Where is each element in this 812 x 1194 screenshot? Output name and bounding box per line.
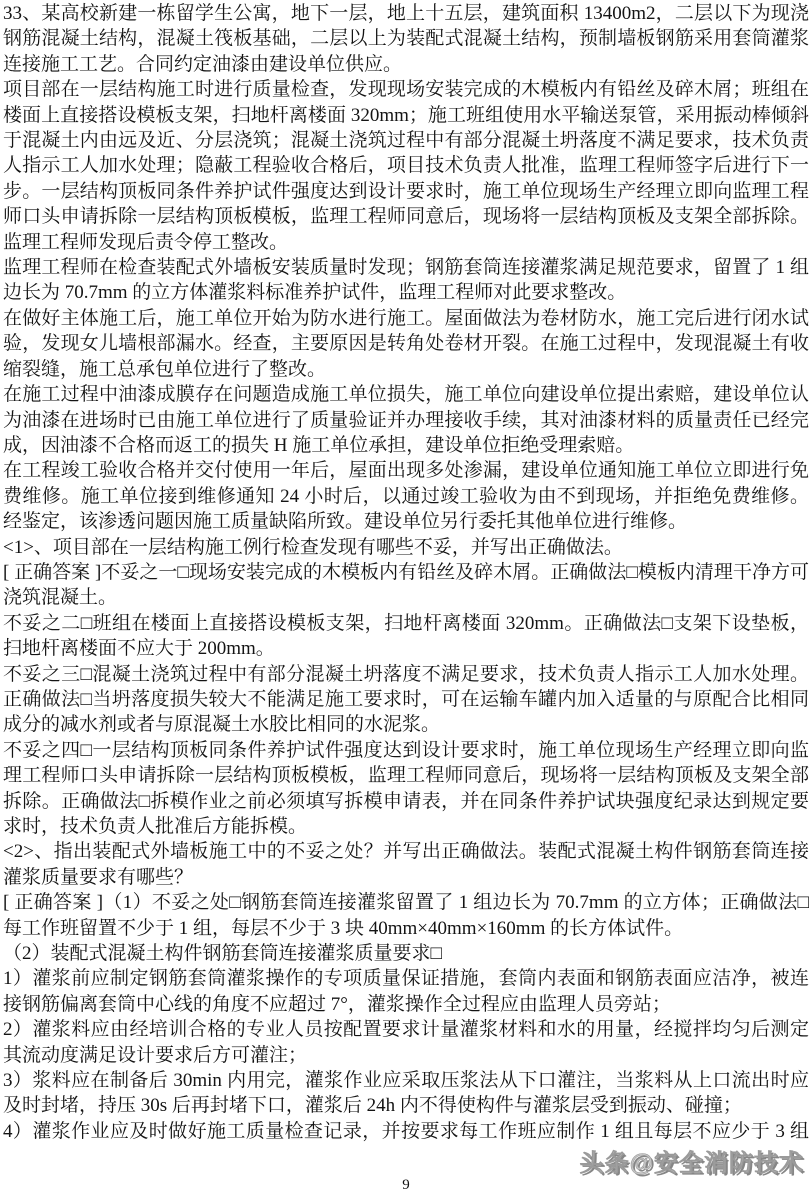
- paragraph: 在做好主体施工后，施工单位开始为防水进行施工。屋面做法为卷材防水，施工完后进行闭…: [3, 306, 809, 382]
- paragraph: 不妥之三□混凝土浇筑过程中有部分混凝土坍落度不满足要求，技术负责人指示工人加水处…: [3, 662, 809, 738]
- paragraph: 在工程竣工验收合格并交付使用一年后，屋面出现多处渗漏，建设单位通知施工单位立即进…: [3, 458, 809, 534]
- page-number: 9: [0, 1176, 812, 1194]
- paragraph: 3）浆料应在制备后 30min 内用完，灌浆作业应采取压浆法从下口灌注，当浆料从…: [3, 1068, 809, 1119]
- paragraph: <2>、指出装配式外墙板施工中的不妥之处？并写出正确做法。装配式混凝土构件钢筋套…: [3, 839, 809, 890]
- paragraph: 1）灌浆前应制定钢筋套筒灌浆操作的专项质量保证措施，套筒内表面和钢筋表面应洁净，…: [3, 966, 809, 1017]
- paragraph: 2）灌浆料应由经培训合格的专业人员按配置要求计量灌浆材料和水的用量，经搅拌均匀后…: [3, 1017, 809, 1068]
- document-page: 33、某高校新建一栋留学生公寓，地下一层，地上十五层，建筑面积 13400m2，…: [0, 0, 812, 1194]
- paragraph: [ 正确答案 ]不妥之一□现场安装完成的木模板内有铅丝及碎木屑。正确做法□模板内…: [3, 560, 809, 611]
- watermark: 头条@安全消防技术: [580, 1143, 804, 1178]
- document-body: 33、某高校新建一栋留学生公寓，地下一层，地上十五层，建筑面积 13400m2，…: [3, 1, 809, 1144]
- paragraph: 33、某高校新建一栋留学生公寓，地下一层，地上十五层，建筑面积 13400m2，…: [3, 1, 809, 77]
- paragraph: 在施工过程中油漆成膜存在问题造成施工单位损失，施工单位向建设单位提出索赔，建设单…: [3, 382, 809, 458]
- paragraph: 不妥之二□班组在楼面上直接搭设模板支架，扫地杆离楼面 320mm。正确做法□支架…: [3, 611, 809, 662]
- paragraph: [ 正确答案 ]（1）不妥之处□钢筋套筒连接灌浆留置了 1 组边长为 70.7m…: [3, 890, 809, 941]
- paragraph: 4）灌浆作业应及时做好施工质量检查记录，并按要求每工作班应制作 1 组且每层不应…: [3, 1119, 809, 1144]
- paragraph: 监理工程师在检查装配式外墙板安装质量时发现；钢筋套筒连接灌浆满足规范要求，留置了…: [3, 255, 809, 306]
- paragraph: 项目部在一层结构施工时进行质量检查，发现现场安装完成的木模板内有铅丝及碎木屑；班…: [3, 77, 809, 255]
- paragraph: （2）装配式混凝土构件钢筋套筒连接灌浆质量要求□: [3, 941, 809, 966]
- paragraph: <1>、项目部在一层结构施工例行检查发现有哪些不妥，并写出正确做法。: [3, 535, 809, 560]
- paragraph: 不妥之四□一层结构顶板同条件养护试件强度达到设计要求时，施工单位现场生产经理立即…: [3, 738, 809, 840]
